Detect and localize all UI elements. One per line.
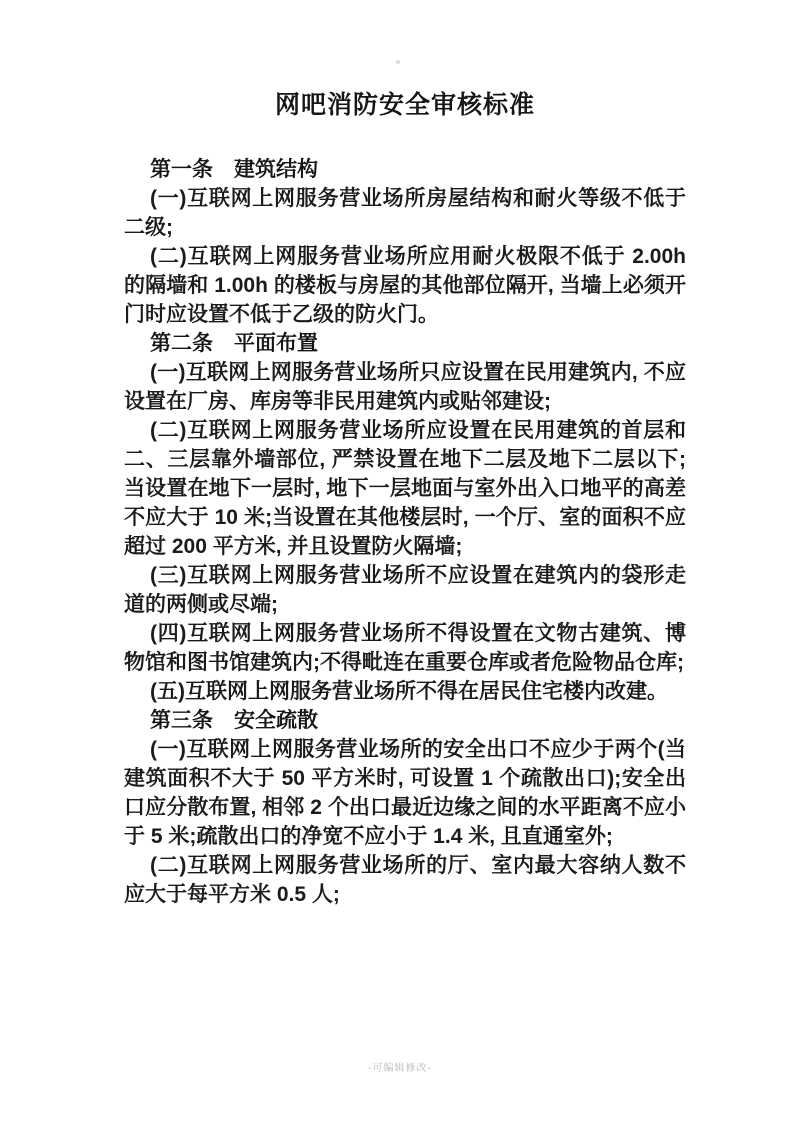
paragraph: (三)互联网上网服务营业场所不应设置在建筑内的袋形走道的两侧或尽端; <box>124 561 686 619</box>
paragraph: (一)互联网上网服务营业场所只应设置在民用建筑内, 不应设置在厂房、库房等非民用… <box>124 358 686 416</box>
document-body: 第一条 建筑结构 (一)互联网上网服务营业场所房屋结构和耐火等级不低于二级; (… <box>124 155 686 909</box>
paragraph: (二)互联网上网服务营业场所应设置在民用建筑的首层和二、三层靠外墙部位, 严禁设… <box>124 416 686 561</box>
document-title: 网吧消防安全审核标准 <box>124 0 686 122</box>
paragraph: (二)互联网上网服务营业场所应用耐火极限不低于 2.00h 的隔墙和 1.00h… <box>124 242 686 329</box>
document-content: 网吧消防安全审核标准 第一条 建筑结构 (一)互联网上网服务营业场所房屋结构和耐… <box>124 0 686 909</box>
document-page: 网吧消防安全审核标准 第一条 建筑结构 (一)互联网上网服务营业场所房屋结构和耐… <box>0 0 800 1132</box>
paragraph: (四)互联网上网服务营业场所不得设置在文物古建筑、博物馆和图书馆建筑内;不得毗连… <box>124 619 686 677</box>
section-heading-2: 第二条 平面布置 <box>124 329 686 358</box>
section-heading-1: 第一条 建筑结构 <box>124 155 686 184</box>
section-heading-3: 第三条 安全疏散 <box>124 706 686 735</box>
paragraph: (一)互联网上网服务营业场所房屋结构和耐火等级不低于二级; <box>124 184 686 242</box>
paragraph: (一)互联网上网服务营业场所的安全出口不应少于两个(当建筑面积不大于 50 平方… <box>124 735 686 851</box>
footer-watermark: -可编辑修改- <box>0 1062 800 1076</box>
paragraph: (二)互联网上网服务营业场所的厅、室内最大容纳人数不应大于每平方米 0.5 人; <box>124 851 686 909</box>
paragraph: (五)互联网上网服务营业场所不得在居民住宅楼内改建。 <box>124 677 686 706</box>
